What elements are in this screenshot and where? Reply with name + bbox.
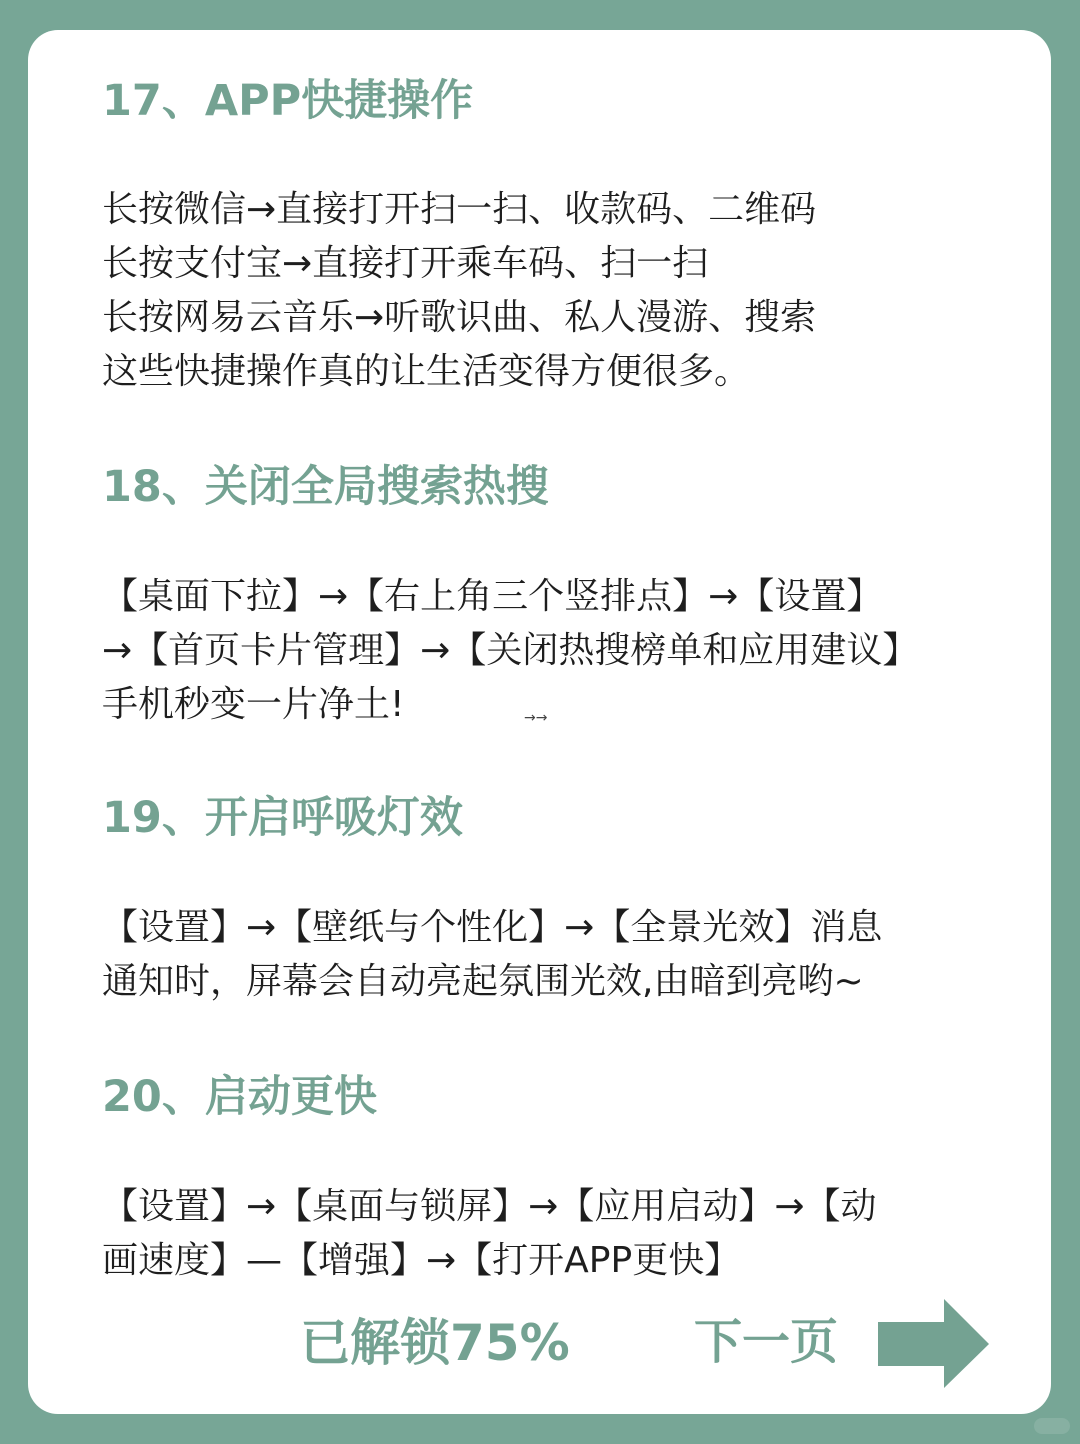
progress-label: 已解锁75% [300, 1318, 570, 1368]
next-page-button[interactable]: 下一页 [694, 1316, 838, 1396]
body-line: →【首页卡片管理】→【关闭热搜榜单和应用建议】 [102, 624, 982, 678]
right-arrow-icon[interactable] [878, 1299, 990, 1389]
next-page-label: 下一页 [694, 1318, 838, 1366]
body-line: 【设置】→【桌面与锁屏】→【应用启动】→【动 [102, 1180, 982, 1234]
watermark [1034, 1418, 1070, 1434]
section-body-19: 【设置】→【壁纸与个性化】→【全景光效】消息 通知时，屏幕会自动亮起氛围光效,由… [102, 901, 982, 1009]
double-arrow-icon: →→ [524, 711, 547, 725]
body-line: 这些快捷操作真的让生活变得方便很多。 [102, 345, 982, 399]
body-line: 画速度】—【增强】→【打开APP更快】 [102, 1234, 982, 1288]
section-body-17: 长按微信→直接打开扫一扫、收款码、二维码 长按支付宝→直接打开乘车码、扫一扫 长… [102, 183, 982, 399]
body-line: 通知时，屏幕会自动亮起氛围光效,由暗到亮哟~ [102, 955, 982, 1009]
section-body-20: 【设置】→【桌面与锁屏】→【应用启动】→【动 画速度】—【增强】→【打开APP更… [102, 1180, 982, 1288]
body-line: 长按支付宝→直接打开乘车码、扫一扫 [102, 237, 982, 291]
body-line: 【桌面下拉】→【右上角三个竖排点】→【设置】 [102, 570, 982, 624]
body-line: 长按网易云音乐→听歌识曲、私人漫游、搜索 [102, 291, 982, 345]
section-title-17: 17、APP快捷操作 [102, 80, 473, 123]
body-line: 长按微信→直接打开扫一扫、收款码、二维码 [102, 183, 982, 237]
section-body-18: 【桌面下拉】→【右上角三个竖排点】→【设置】 →【首页卡片管理】→【关闭热搜榜单… [102, 570, 982, 732]
section-title-19: 19、开启呼吸灯效 [102, 797, 463, 840]
section-title-18: 18、关闭全局搜索热搜 [102, 466, 549, 509]
body-line: 【设置】→【壁纸与个性化】→【全景光效】消息 [102, 901, 982, 955]
section-title-20: 20、启动更快 [102, 1076, 377, 1119]
